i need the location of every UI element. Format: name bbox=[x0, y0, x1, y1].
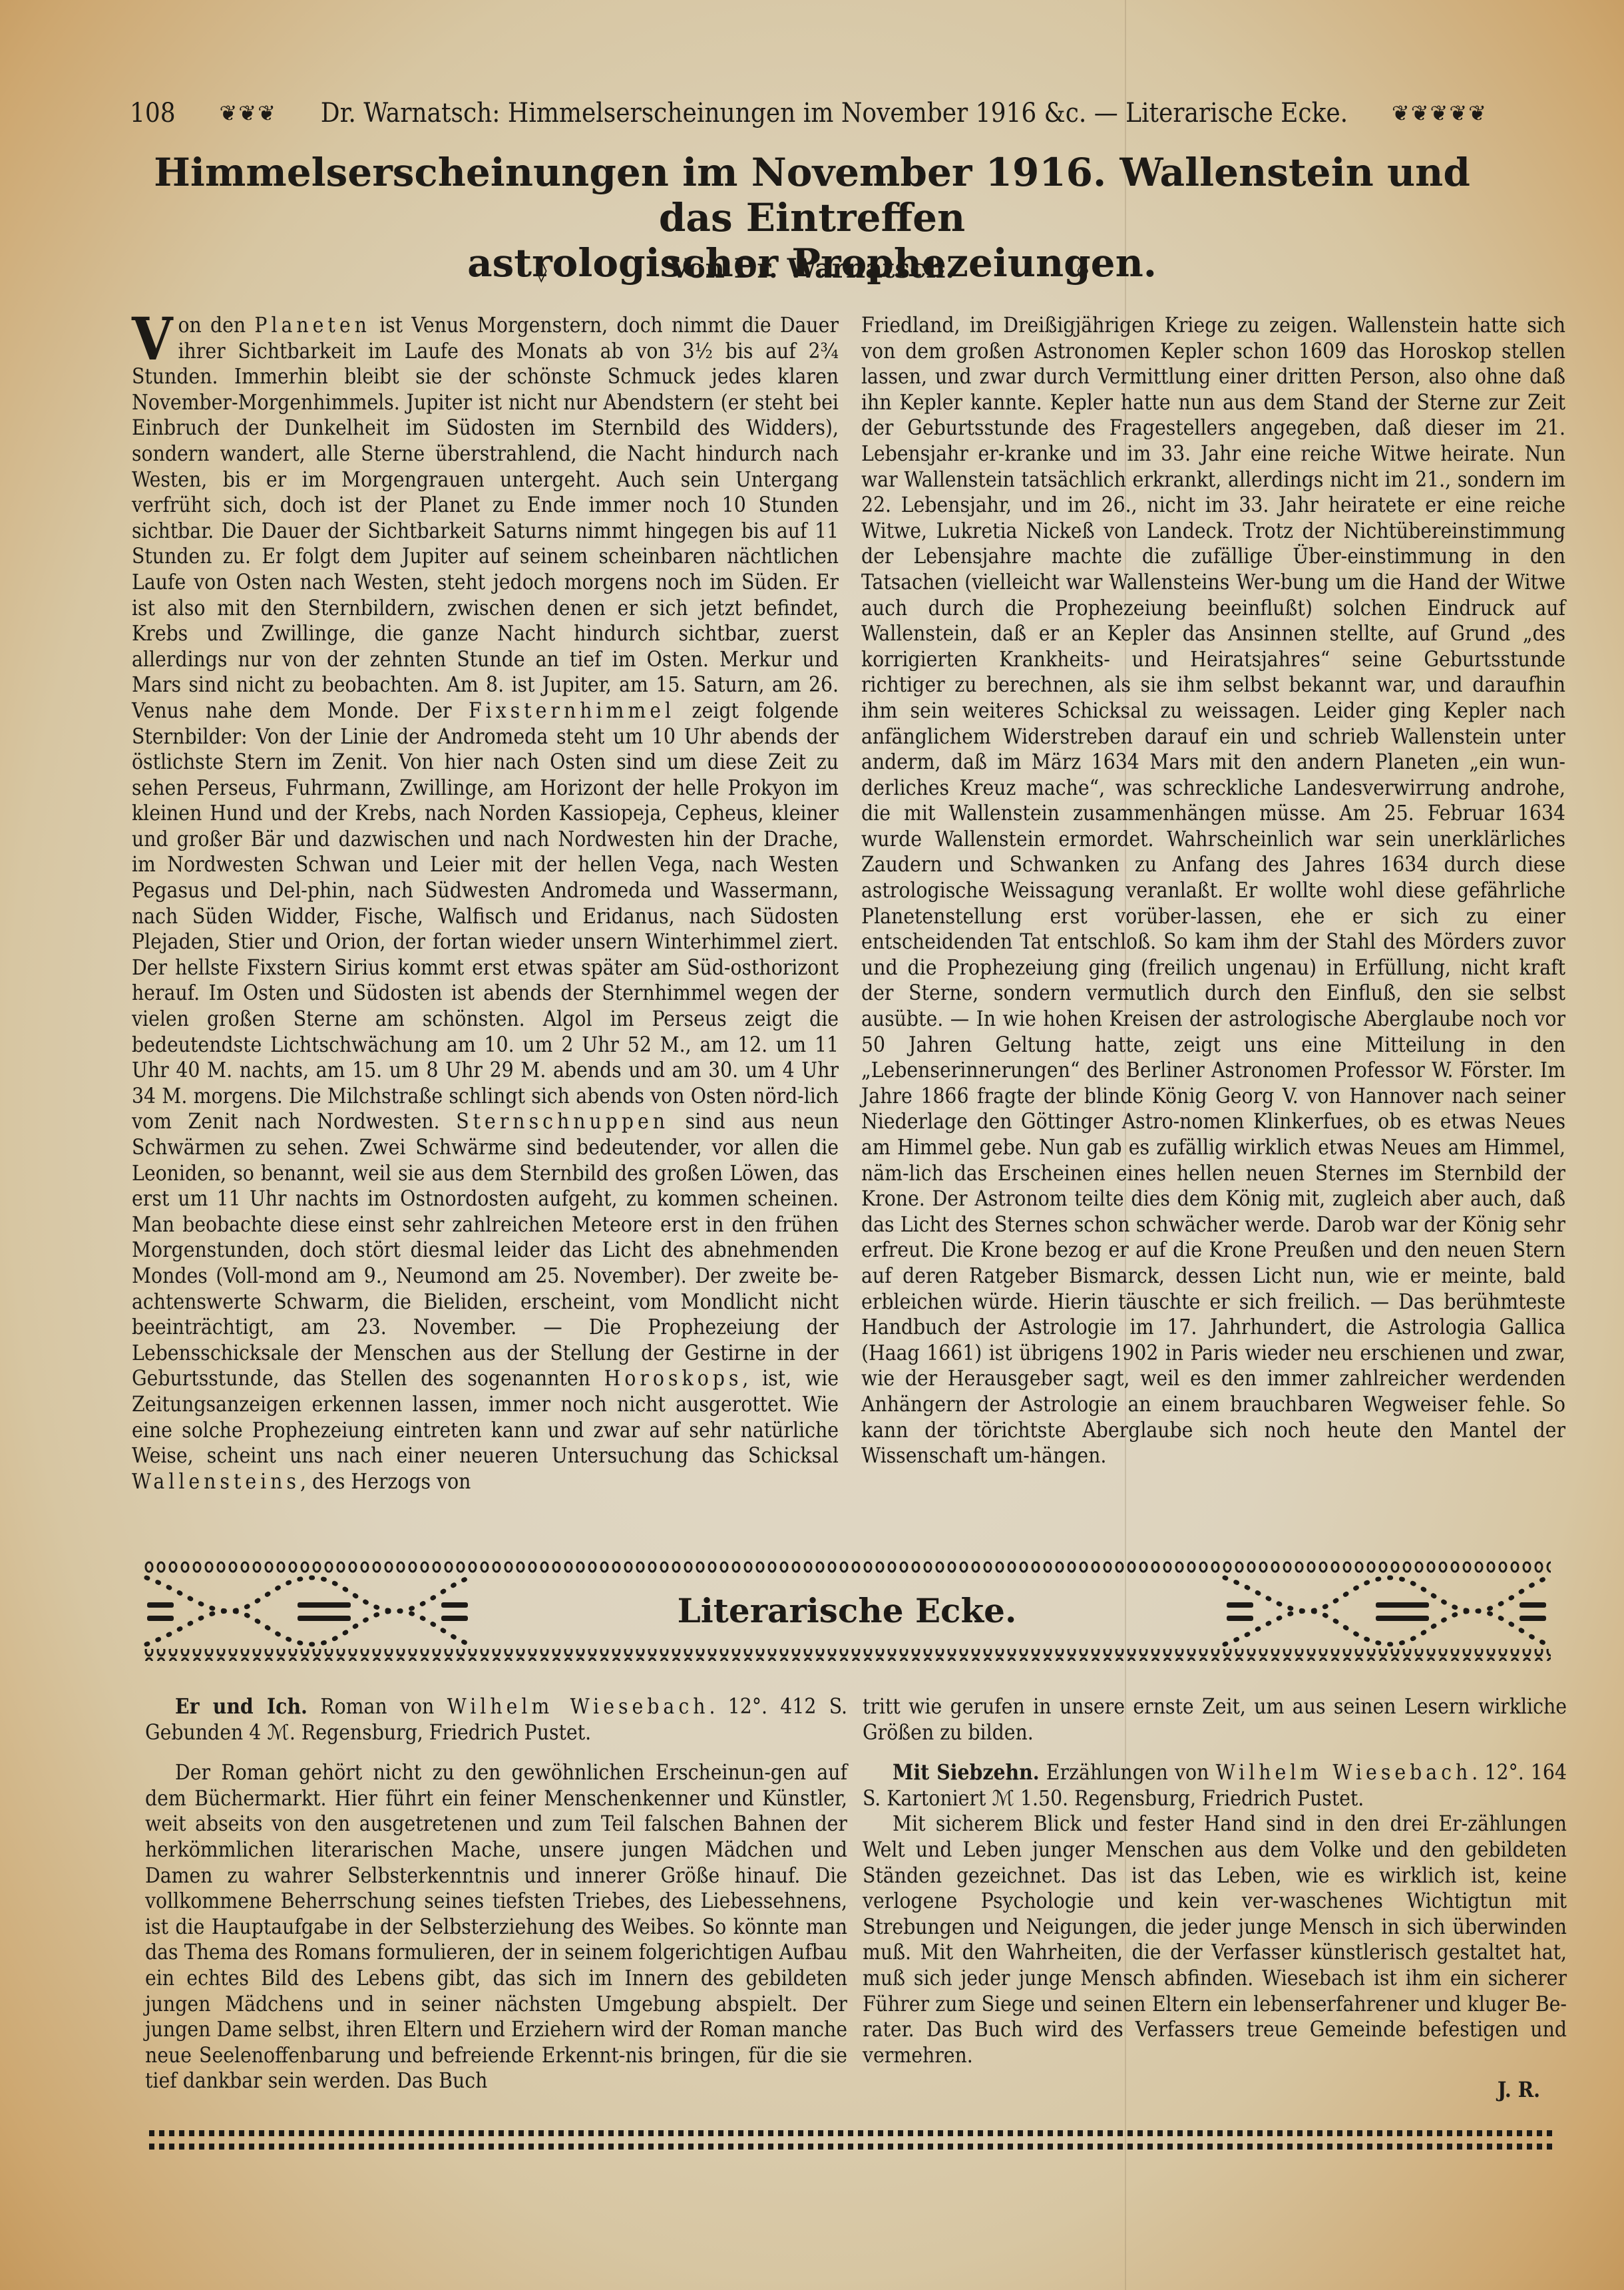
dotted-rule-ornament-icon bbox=[148, 2129, 1555, 2156]
page-number: 108 bbox=[130, 98, 176, 128]
book-author: Wilhelm Wiesebach bbox=[1216, 1761, 1472, 1785]
review-body: Mit sicherem Blick und fester Hand sind … bbox=[863, 1811, 1567, 2068]
review-header: Mit Siebzehn. Erzählungen von Wilhelm Wi… bbox=[863, 1760, 1567, 1811]
emphasis-spaced: Sternschnuppen bbox=[456, 1110, 669, 1134]
ornament-right-icon: ❦❦❦❦❦ bbox=[1392, 101, 1488, 126]
article-title-line-1: Himmelserscheinungen im November 1916. W… bbox=[133, 150, 1491, 240]
diamond-ornament-icon: ◊ bbox=[1077, 257, 1088, 284]
emphasis-spaced: Wallensteins bbox=[132, 1470, 300, 1494]
review-body: Der Roman gehört nicht zu den gewöhnlich… bbox=[145, 1760, 847, 2094]
book-title: Mit Siebzehn. bbox=[893, 1760, 1040, 1785]
emphasis-spaced: Horoskops bbox=[604, 1367, 743, 1391]
article-column-right: Friedland, im Dreißigjährigen Kriege zu … bbox=[861, 313, 1565, 1469]
article-paragraph: Von den Planeten ist Venus Morgenstern, … bbox=[132, 313, 839, 1494]
book-author: Wilhelm Wiesebach bbox=[447, 1695, 710, 1719]
review-body-continued: tritt wie gerufen in unsere ernste Zeit,… bbox=[863, 1694, 1567, 1745]
ornament-left-icon: ❦❦❦ bbox=[219, 101, 276, 126]
review-header: Er und Ich. Roman von Wilhelm Wiesebach.… bbox=[145, 1694, 847, 1745]
drop-cap: V bbox=[132, 316, 172, 362]
running-head-text: Dr. Warnatsch: Himmelserscheinungen im N… bbox=[321, 98, 1348, 128]
review-column-left: Er und Ich. Roman von Wilhelm Wiesebach.… bbox=[145, 1694, 847, 2094]
byline-author: Von Dr. Warnatsch. bbox=[670, 253, 955, 284]
newspaper-page: 108 ❦❦❦ Dr. Warnatsch: Himmelserscheinun… bbox=[0, 0, 1624, 2290]
book-title: Er und Ich. bbox=[175, 1694, 307, 1719]
emphasis-spaced: Planeten bbox=[254, 314, 370, 338]
byline: ◊ Von Dr. Warnatsch. ◊ bbox=[0, 253, 1624, 284]
running-head: 108 ❦❦❦ Dr. Warnatsch: Himmelserscheinun… bbox=[130, 93, 1488, 133]
literary-corner-banner: Literarische Ecke. bbox=[143, 1561, 1551, 1661]
emphasis-spaced: Fixsternhimmel bbox=[469, 699, 675, 723]
review-column-right: tritt wie gerufen in unsere ernste Zeit,… bbox=[863, 1694, 1567, 2104]
diamond-ornament-icon: ◊ bbox=[536, 257, 547, 284]
article-column-left: Von den Planeten ist Venus Morgenstern, … bbox=[132, 313, 839, 1494]
literary-corner-title: Literarische Ecke. bbox=[143, 1591, 1551, 1630]
reviewer-signature: J. R. bbox=[863, 2078, 1567, 2104]
article-paragraph: Friedland, im Dreißigjährigen Kriege zu … bbox=[861, 313, 1565, 1469]
